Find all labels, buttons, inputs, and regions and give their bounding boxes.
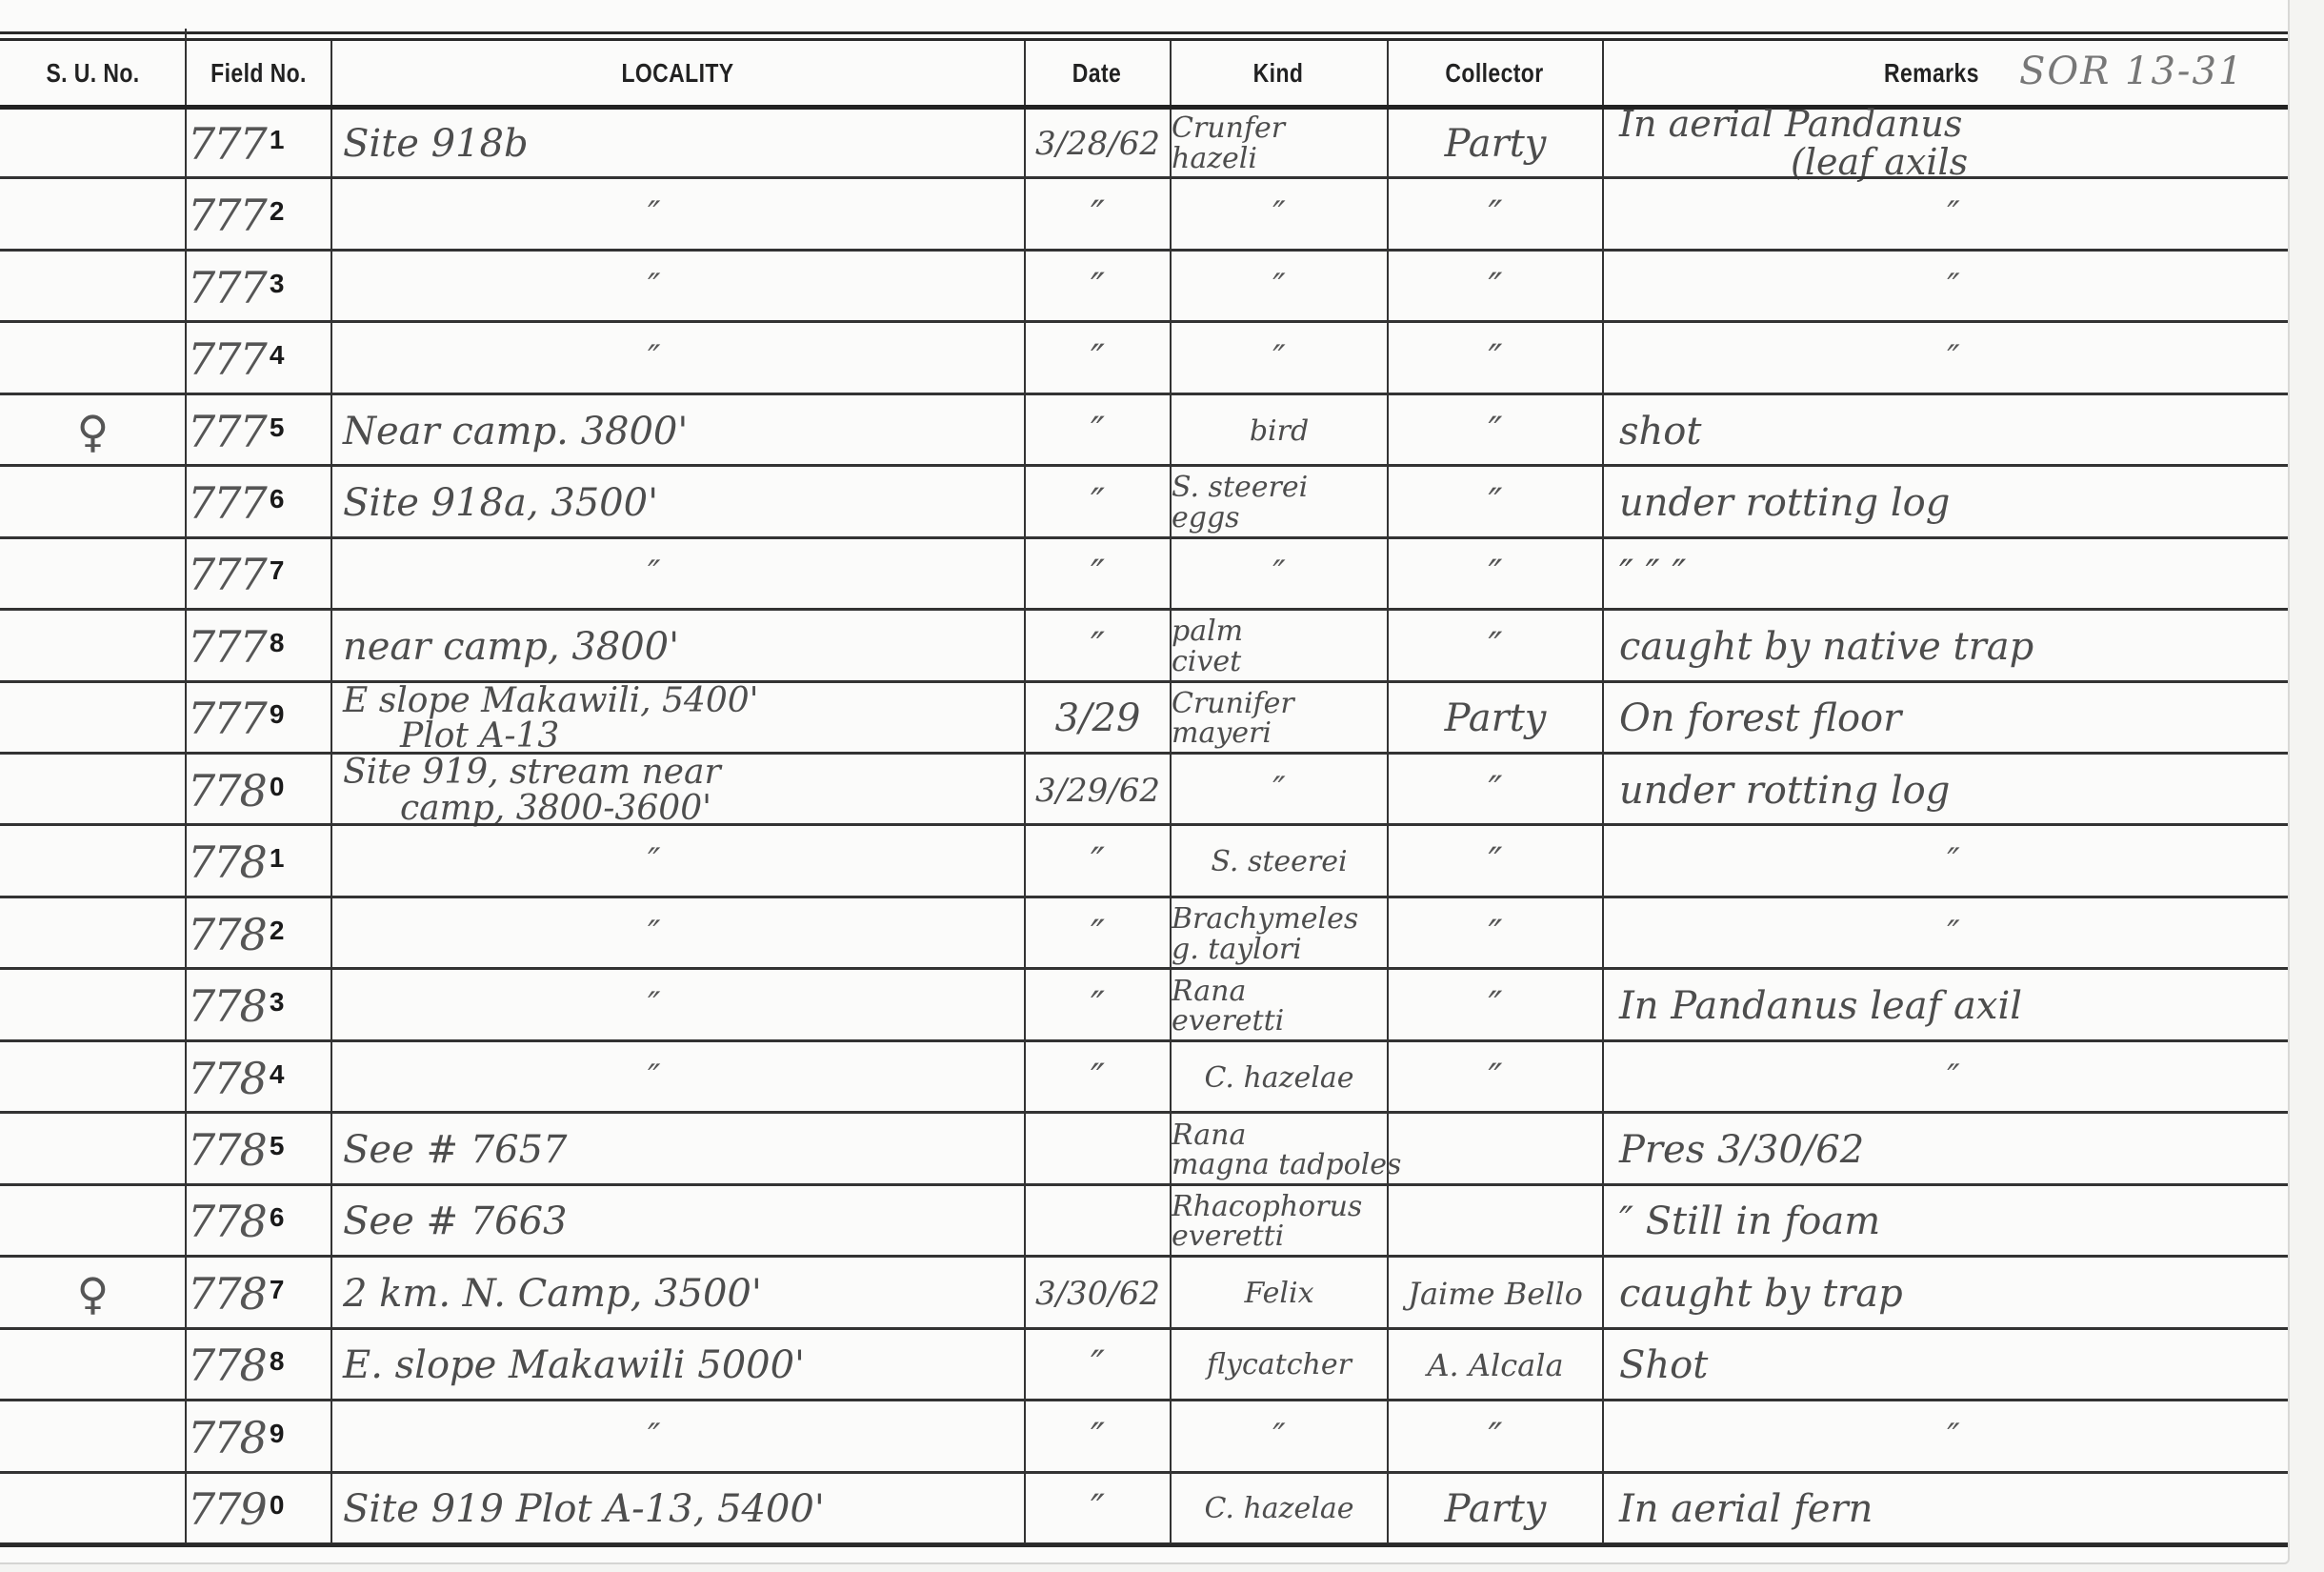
header-field-no: Field No. bbox=[199, 41, 318, 105]
date-cell: ″ bbox=[1026, 539, 1170, 611]
remarks-cell: under rotting log bbox=[1619, 467, 2288, 538]
field-no-cell: 777 7 bbox=[188, 539, 331, 611]
field-no-prefix: 777 bbox=[188, 696, 266, 740]
su-no-cell bbox=[0, 1401, 186, 1473]
su-no-cell bbox=[0, 1186, 186, 1258]
table-row: 777 1 Site 918b3/28/62CrunferhazeliParty… bbox=[0, 108, 2288, 179]
collector-cell: Jaime Bello bbox=[1389, 1258, 1602, 1329]
locality-cell: See # 7657 bbox=[343, 1114, 1024, 1185]
date-cell: 3/28/62 bbox=[1026, 108, 1170, 179]
date-cell: ″ bbox=[1026, 252, 1170, 323]
remarks-cell: In aerial Pandanus(leaf axils bbox=[1619, 108, 2288, 179]
su-no-cell bbox=[0, 755, 186, 826]
su-no-cell bbox=[0, 108, 186, 179]
header-collector: Collector bbox=[1406, 41, 1582, 105]
collector-cell: ″ bbox=[1389, 539, 1602, 611]
field-no-cell: 777 6 bbox=[188, 467, 331, 538]
field-no-cell: 778 9 bbox=[188, 1401, 331, 1473]
collector-cell: ″ bbox=[1389, 755, 1602, 826]
field-no-prefix: 778 bbox=[188, 984, 266, 1028]
collector-cell: ″ bbox=[1389, 323, 1602, 394]
table-row: 778 1 ″″S. steerei″″ bbox=[0, 827, 2288, 898]
kind-cell: Ranaeveretti bbox=[1172, 970, 1387, 1041]
table-row: 778 5 See # 7657Ranamagna tadpolesPres 3… bbox=[0, 1114, 2288, 1185]
field-no-cell: 778 7 bbox=[188, 1258, 331, 1329]
date-cell: 3/29/62 bbox=[1026, 755, 1170, 826]
field-no-cell: 778 0 bbox=[188, 755, 331, 826]
date-cell: ″ bbox=[1026, 395, 1170, 467]
su-no-cell bbox=[0, 1042, 186, 1114]
locality-line-1: Site 919, stream near bbox=[343, 755, 721, 791]
field-no-digit: 1 bbox=[270, 845, 285, 872]
bottom-rule bbox=[0, 1543, 2288, 1547]
collector-cell: ″ bbox=[1389, 395, 1602, 467]
field-no-cell: 778 8 bbox=[188, 1330, 331, 1401]
remarks-cell: ″ bbox=[1619, 252, 2288, 323]
remarks-cell: under rotting log bbox=[1619, 755, 2288, 826]
field-no-digit: 6 bbox=[270, 1204, 285, 1231]
kind-cell: C. hazelae bbox=[1172, 1042, 1387, 1114]
field-no-digit: 0 bbox=[270, 1492, 285, 1519]
field-no-prefix: 777 bbox=[188, 553, 266, 596]
collector-cell: Party bbox=[1389, 108, 1602, 179]
kind-cell: Brachymelesg. taylori bbox=[1172, 898, 1387, 970]
remarks-cell: caught by native trap bbox=[1619, 611, 2288, 682]
field-no-cell: 777 2 bbox=[188, 179, 331, 251]
field-no-prefix: 778 bbox=[188, 1057, 266, 1100]
field-no-digit: 5 bbox=[270, 1133, 285, 1159]
locality-cell: Site 919 Plot A-13, 5400' bbox=[343, 1474, 1024, 1545]
field-no-digit: 3 bbox=[270, 271, 285, 297]
table-row: ♀ 778 7 2 km. N. Camp, 3500'3/30/62Felix… bbox=[0, 1258, 2288, 1329]
field-no-prefix: 777 bbox=[188, 122, 266, 166]
table-row: 777 3 ″″″″″ bbox=[0, 252, 2288, 323]
header-remarks: Remarks bbox=[1884, 41, 2040, 105]
collector-cell: Party bbox=[1389, 1474, 1602, 1545]
remarks-cell: shot bbox=[1619, 395, 2288, 467]
locality-cell: E. slope Makawili 5000' bbox=[343, 1330, 1024, 1401]
kind-cell: S. steereieggs bbox=[1172, 467, 1387, 538]
remarks-cell: Shot bbox=[1619, 1330, 2288, 1401]
su-no-cell bbox=[0, 898, 186, 970]
table-row: 779 0 Site 919 Plot A-13, 5400'″C. hazel… bbox=[0, 1474, 2288, 1545]
kind-cell: ″ bbox=[1172, 323, 1387, 394]
remarks-cell: ″ bbox=[1619, 1401, 2288, 1473]
date-cell: ″ bbox=[1026, 179, 1170, 251]
kind-cell: palmcivet bbox=[1172, 611, 1387, 682]
remarks-cell: In aerial fern bbox=[1619, 1474, 2288, 1545]
field-no-prefix: 777 bbox=[188, 193, 266, 237]
kind-cell: Crunifermayeri bbox=[1172, 683, 1387, 755]
kind-line: Crunfer bbox=[1172, 113, 1285, 144]
table-row: 778 8 E. slope Makawili 5000'″flycatcher… bbox=[0, 1330, 2288, 1401]
field-no-prefix: 778 bbox=[188, 1199, 266, 1243]
date-cell: 3/29 bbox=[1026, 683, 1170, 755]
locality-cell: E slope Makawili, 5400' Plot A-13 bbox=[343, 683, 1024, 755]
collector-cell: ″ bbox=[1389, 827, 1602, 898]
field-no-digit: 2 bbox=[270, 198, 285, 225]
su-no-cell bbox=[0, 1330, 186, 1401]
field-no-cell: 778 1 bbox=[188, 827, 331, 898]
kind-line: g. taylori bbox=[1172, 935, 1302, 965]
su-no-cell bbox=[0, 1474, 186, 1545]
field-no-prefix: 778 bbox=[188, 1416, 266, 1460]
table-row: 777 4 ″″″″″ bbox=[0, 323, 2288, 394]
field-no-cell: 777 4 bbox=[188, 323, 331, 394]
field-no-cell: 779 0 bbox=[188, 1474, 331, 1545]
field-no-cell: 778 4 bbox=[188, 1042, 331, 1114]
field-no-digit: 0 bbox=[270, 774, 285, 800]
locality-cell: Site 918a, 3500' bbox=[343, 467, 1024, 538]
field-no-digit: 8 bbox=[270, 630, 285, 656]
date-cell bbox=[1026, 1114, 1170, 1185]
remarks-cell: ″ bbox=[1619, 827, 2288, 898]
locality-cell: See # 7663 bbox=[343, 1186, 1024, 1258]
kind-line: magna tadpoles bbox=[1172, 1150, 1401, 1180]
kind-cell: Felix bbox=[1172, 1258, 1387, 1329]
field-no-digit: 9 bbox=[270, 1421, 285, 1447]
kind-cell: S. steerei bbox=[1172, 827, 1387, 898]
locality-cell: near camp, 3800' bbox=[343, 611, 1024, 682]
date-cell: ″ bbox=[1026, 1474, 1170, 1545]
header-date: Date bbox=[1037, 41, 1156, 105]
kind-line: Rana bbox=[1172, 1120, 1246, 1151]
field-no-cell: 777 8 bbox=[188, 611, 331, 682]
kind-line: everetti bbox=[1172, 1006, 1284, 1037]
header-su-no: S. U. No. bbox=[17, 41, 170, 105]
kind-line: Rhacophorus bbox=[1172, 1192, 1362, 1222]
field-no-cell: 778 3 bbox=[188, 970, 331, 1041]
kind-cell: ″ bbox=[1172, 179, 1387, 251]
date-cell: ″ bbox=[1026, 1401, 1170, 1473]
field-no-cell: 777 9 bbox=[188, 683, 331, 755]
locality-cell: Near camp. 3800' bbox=[343, 395, 1024, 467]
kind-cell: Ranamagna tadpoles bbox=[1172, 1114, 1387, 1185]
collector-cell: ″ bbox=[1389, 1401, 1602, 1473]
collector-cell: ″ bbox=[1389, 611, 1602, 682]
field-no-prefix: 777 bbox=[188, 410, 266, 453]
remarks-cell: ″ bbox=[1619, 323, 2288, 394]
su-no-cell bbox=[0, 467, 186, 538]
field-no-cell: 778 5 bbox=[188, 1114, 331, 1185]
collector-cell: ″ bbox=[1389, 179, 1602, 251]
su-no-cell bbox=[0, 827, 186, 898]
date-cell: 3/30/62 bbox=[1026, 1258, 1170, 1329]
field-no-prefix: 778 bbox=[188, 769, 266, 813]
kind-line: Rana bbox=[1172, 977, 1246, 1007]
su-no-cell bbox=[0, 683, 186, 755]
su-no-cell bbox=[0, 1114, 186, 1185]
remarks-cell: caught by trap bbox=[1619, 1258, 2288, 1329]
table-row: 777 8 near camp, 3800'″palmcivet″caught … bbox=[0, 611, 2288, 682]
field-no-prefix: 777 bbox=[188, 337, 266, 381]
remarks-cell: ″ bbox=[1619, 1042, 2288, 1114]
header-locality: LOCALITY bbox=[393, 41, 961, 105]
locality-cell: 2 km. N. Camp, 3500' bbox=[343, 1258, 1024, 1329]
catalog-card: S. U. No. Field No. LOCALITY Date Kind C… bbox=[0, 0, 2290, 1564]
kind-cell: ″ bbox=[1172, 1401, 1387, 1473]
table-row: 778 6 See # 7663Rhacophoruseveretti″ Sti… bbox=[0, 1186, 2288, 1258]
table-row: 777 7 ″″″″″ ″ ″ bbox=[0, 539, 2288, 611]
collector-cell: A. Alcala bbox=[1389, 1330, 1602, 1401]
su-no-cell: ♀ bbox=[0, 1258, 186, 1329]
remarks-cell: In Pandanus leaf axil bbox=[1619, 970, 2288, 1041]
date-cell: ″ bbox=[1026, 1330, 1170, 1401]
date-cell: ″ bbox=[1026, 1042, 1170, 1114]
collector-cell: ″ bbox=[1389, 970, 1602, 1041]
table-row: 778 3 ″″Ranaeveretti″In Pandanus leaf ax… bbox=[0, 970, 2288, 1041]
field-no-prefix: 778 bbox=[188, 840, 266, 884]
field-no-digit: 7 bbox=[270, 1277, 285, 1303]
table-row: 777 2 ″″″″″ bbox=[0, 179, 2288, 251]
su-no-cell bbox=[0, 611, 186, 682]
locality-cell: Site 919, stream near camp, 3800-3600' bbox=[343, 755, 1024, 826]
field-no-prefix: 778 bbox=[188, 1128, 266, 1172]
kind-cell: ″ bbox=[1172, 539, 1387, 611]
field-no-cell: 777 5 bbox=[188, 395, 331, 467]
field-no-prefix: 777 bbox=[188, 266, 266, 310]
kind-cell: Crunferhazeli bbox=[1172, 108, 1387, 179]
locality-line-1: E slope Makawili, 5400' bbox=[343, 683, 759, 719]
remarks-cell: ″ Still in foam bbox=[1619, 1186, 2288, 1258]
catalog-reference-note: SOR 13-31 bbox=[2019, 50, 2244, 93]
kind-cell: C. hazelae bbox=[1172, 1474, 1387, 1545]
kind-line: palm bbox=[1172, 616, 1243, 647]
table-row: 778 0 Site 919, stream near camp, 3800-3… bbox=[0, 755, 2288, 826]
date-cell: ″ bbox=[1026, 827, 1170, 898]
kind-line: eggs bbox=[1172, 503, 1240, 534]
kind-line: S. steerei bbox=[1172, 473, 1308, 503]
field-no-digit: 8 bbox=[270, 1348, 285, 1375]
date-cell: ″ bbox=[1026, 467, 1170, 538]
date-cell: ″ bbox=[1026, 970, 1170, 1041]
date-cell: ″ bbox=[1026, 898, 1170, 970]
collector-cell: ″ bbox=[1389, 252, 1602, 323]
kind-line: hazeli bbox=[1172, 144, 1257, 174]
field-no-prefix: 778 bbox=[188, 1272, 266, 1316]
kind-cell: ″ bbox=[1172, 252, 1387, 323]
field-no-digit: 3 bbox=[270, 989, 285, 1016]
field-no-digit: 5 bbox=[270, 414, 285, 441]
table-row: 777 6 Site 918a, 3500'″S. steereieggs″un… bbox=[0, 467, 2288, 538]
table-row: ♀ 777 5 Near camp. 3800'″bird″shot bbox=[0, 395, 2288, 467]
field-no-prefix: 777 bbox=[188, 625, 266, 669]
remarks-cell: ″ bbox=[1619, 179, 2288, 251]
field-no-cell: 778 6 bbox=[188, 1186, 331, 1258]
field-no-prefix: 778 bbox=[188, 1343, 266, 1387]
field-no-cell: 777 1 bbox=[188, 108, 331, 179]
field-no-digit: 6 bbox=[270, 486, 285, 513]
field-no-digit: 9 bbox=[270, 701, 285, 728]
table-row: 777 9 E slope Makawili, 5400' Plot A-13 … bbox=[0, 683, 2288, 755]
kind-line: Crunifer bbox=[1172, 689, 1294, 719]
su-no-cell: ♀ bbox=[0, 395, 186, 467]
collector-cell: ″ bbox=[1389, 467, 1602, 538]
remarks-line: In aerial Pandanus bbox=[1619, 106, 1962, 144]
field-no-digit: 7 bbox=[270, 557, 285, 584]
su-no-cell bbox=[0, 179, 186, 251]
collector-cell bbox=[1389, 1186, 1602, 1258]
field-no-digit: 2 bbox=[270, 917, 285, 944]
locality-cell: Site 918b bbox=[343, 108, 1024, 179]
kind-line: everetti bbox=[1172, 1221, 1284, 1252]
collector-cell: ″ bbox=[1389, 898, 1602, 970]
su-no-cell bbox=[0, 539, 186, 611]
collector-cell: Party bbox=[1389, 683, 1602, 755]
date-cell: ″ bbox=[1026, 611, 1170, 682]
kind-cell: Rhacophoruseveretti bbox=[1172, 1186, 1387, 1258]
field-no-digit: 4 bbox=[270, 1061, 285, 1088]
su-no-cell bbox=[0, 970, 186, 1041]
header-kind: Kind bbox=[1190, 41, 1368, 105]
field-no-prefix: 779 bbox=[188, 1487, 266, 1531]
date-cell: ″ bbox=[1026, 323, 1170, 394]
table-row: 778 4 ″″C. hazelae″″ bbox=[0, 1042, 2288, 1114]
field-no-digit: 1 bbox=[270, 127, 285, 153]
kind-cell: ″ bbox=[1172, 755, 1387, 826]
remarks-cell: On forest floor bbox=[1619, 683, 2288, 755]
locality-line-2: camp, 3800-3600' bbox=[400, 791, 711, 827]
remarks-cell: ″ bbox=[1619, 898, 2288, 970]
kind-line: mayeri bbox=[1172, 718, 1272, 749]
remarks-cell: Pres 3/30/62 bbox=[1619, 1114, 2288, 1185]
collector-cell: ″ bbox=[1389, 1042, 1602, 1114]
field-no-digit: 4 bbox=[270, 342, 285, 369]
date-cell bbox=[1026, 1186, 1170, 1258]
field-no-cell: 778 2 bbox=[188, 898, 331, 970]
top-rule-1 bbox=[0, 31, 2288, 34]
su-no-cell bbox=[0, 323, 186, 394]
table-row: 778 2 ″″Brachymelesg. taylori″″ bbox=[0, 898, 2288, 970]
field-no-prefix: 778 bbox=[188, 913, 266, 957]
field-no-cell: 777 3 bbox=[188, 252, 331, 323]
kind-cell: bird bbox=[1172, 395, 1387, 467]
remarks-cell: ″ ″ ″ bbox=[1619, 539, 2288, 611]
field-no-prefix: 777 bbox=[188, 481, 266, 525]
kind-cell: flycatcher bbox=[1172, 1330, 1387, 1401]
su-no-cell bbox=[0, 252, 186, 323]
kind-line: Brachymeles bbox=[1172, 904, 1358, 935]
table-row: 778 9 ″″″″″ bbox=[0, 1401, 2288, 1473]
collector-cell bbox=[1389, 1114, 1602, 1185]
locality-line-2: Plot A-13 bbox=[400, 718, 559, 755]
kind-line: civet bbox=[1172, 647, 1241, 677]
